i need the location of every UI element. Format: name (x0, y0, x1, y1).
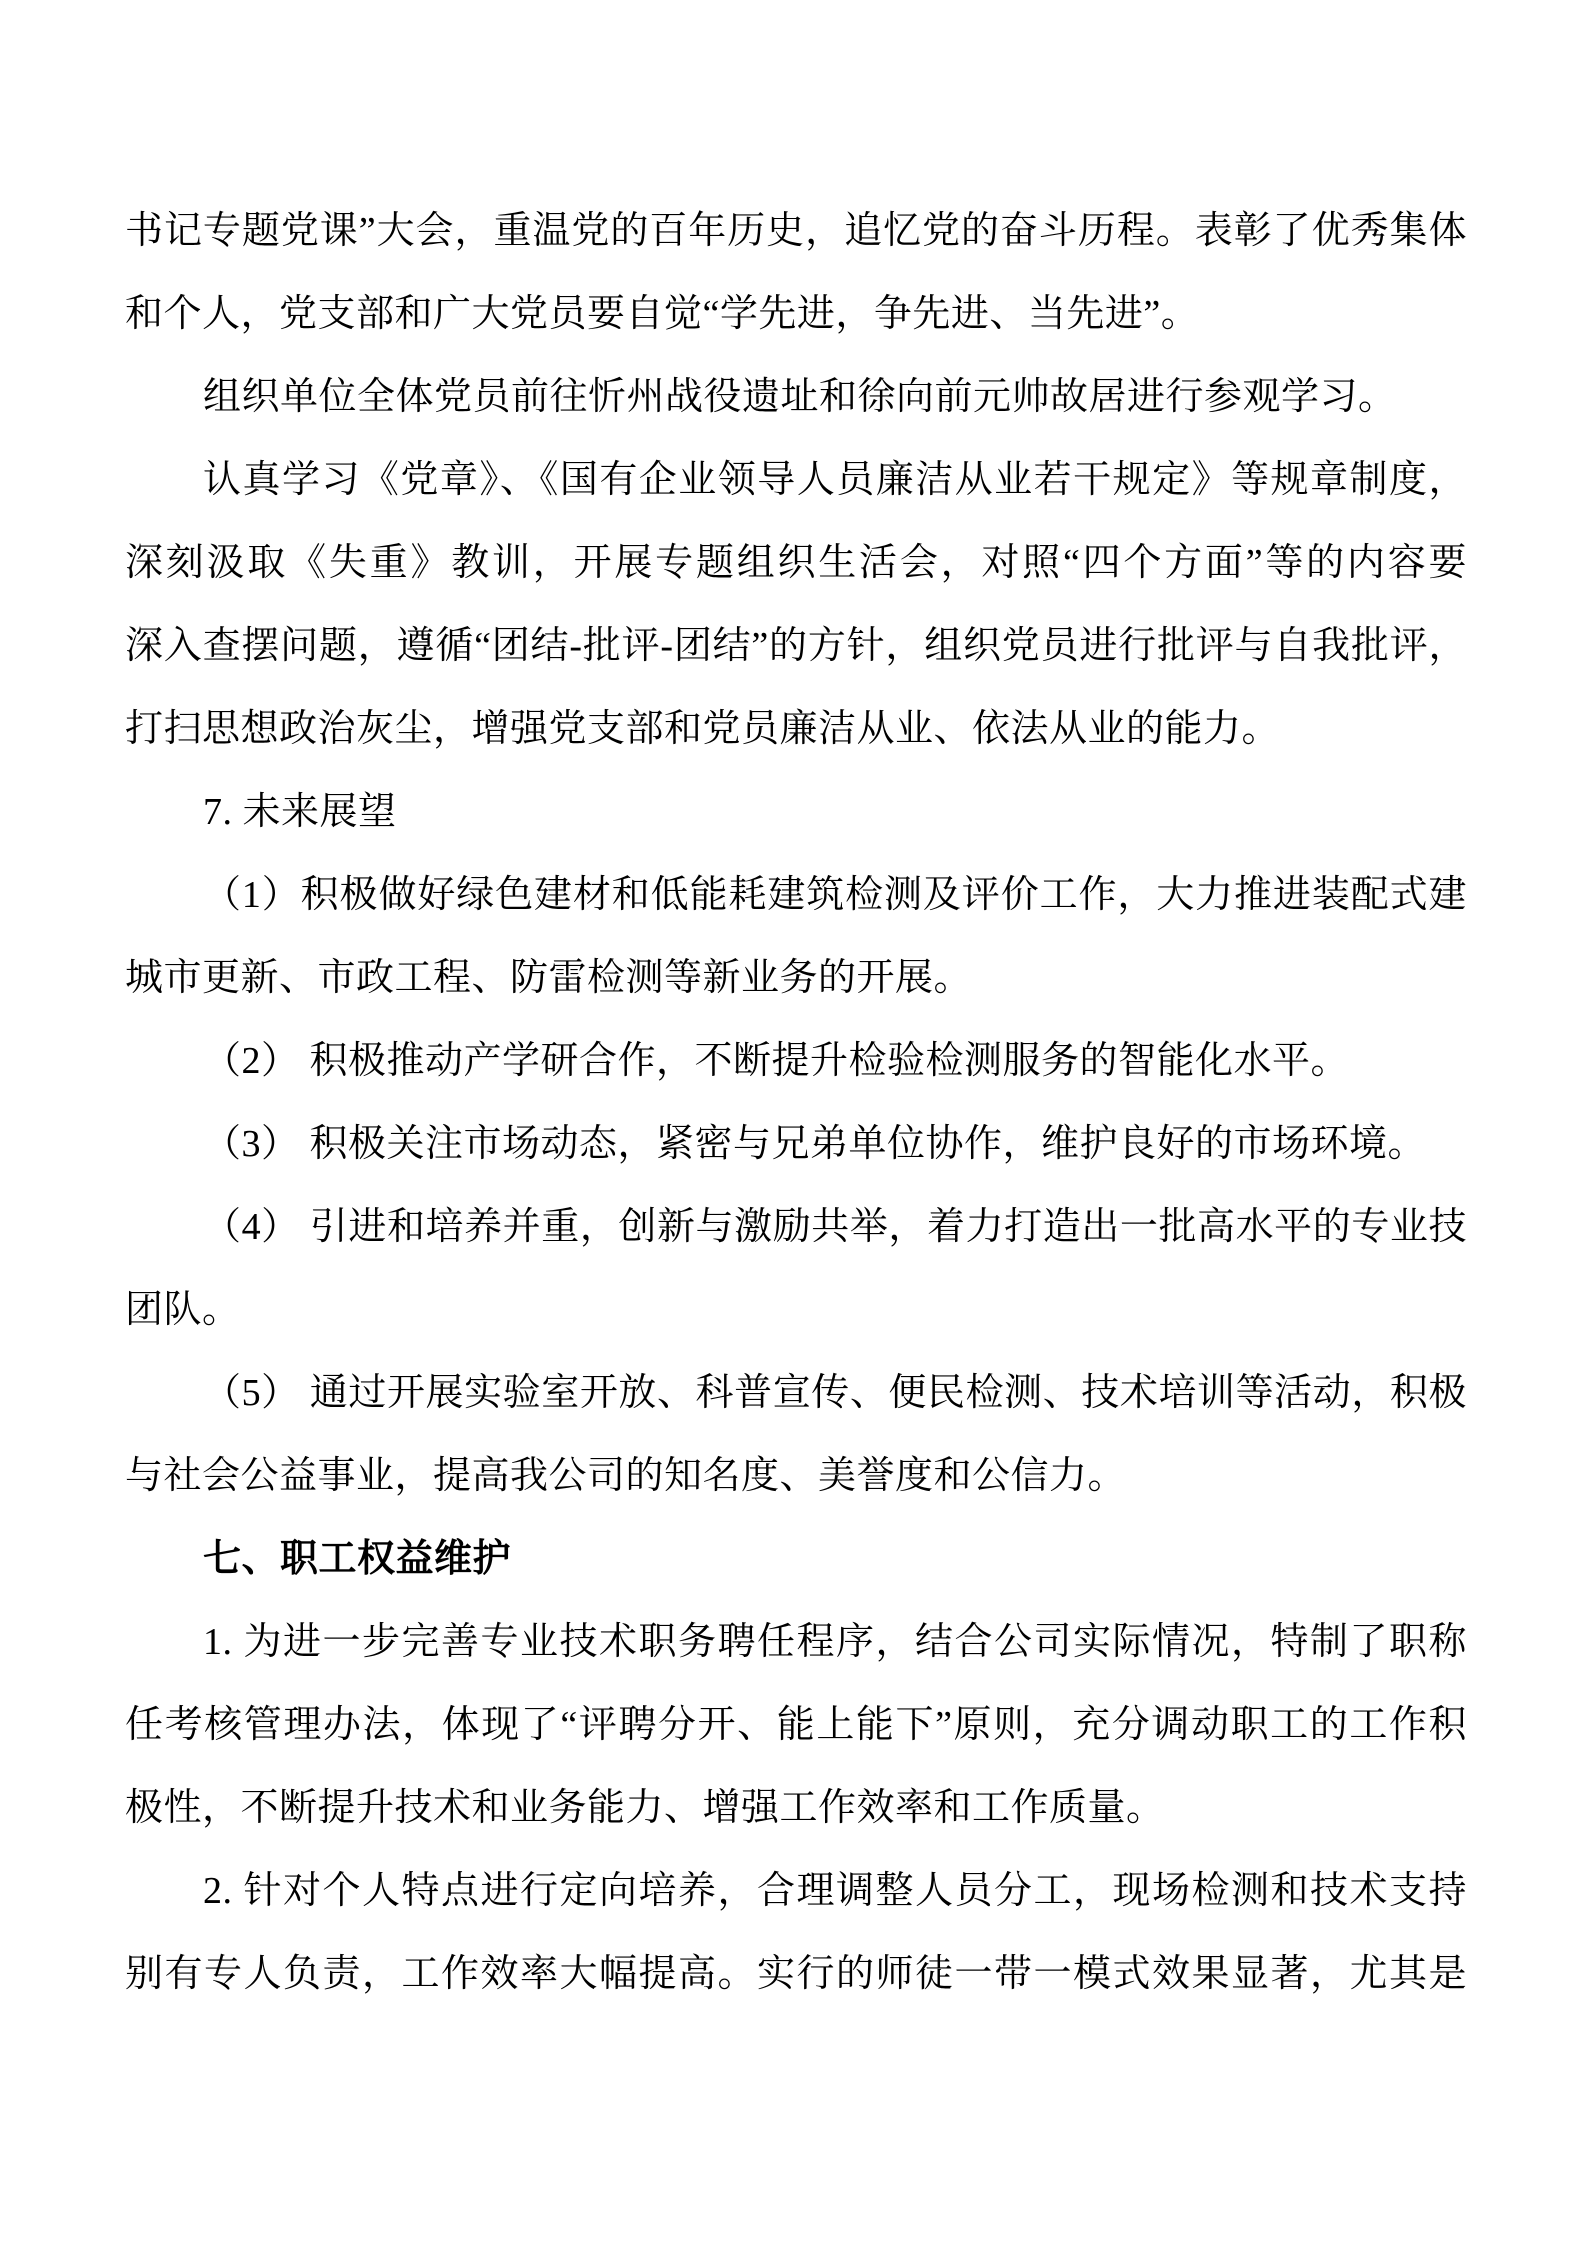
text-line: （3） 积极关注市场动态，紧密与兄弟单位协作，维护良好的市场环境。 (125, 1103, 1467, 1186)
text-line: 任考核管理办法，体现了“评聘分开、能上能下”原则，充分调动职工的工作积 (125, 1684, 1467, 1767)
text-line: 组织单位全体党员前往忻州战役遗址和徐向前元帅故居进行参观学习。 (125, 356, 1467, 439)
text-line: 认真学习《党章》、《国有企业领导人员廉洁从业若干规定》等规章制度， (125, 439, 1467, 522)
text-line: 深刻汲取《失重》教训，开展专题组织生活会，对照“四个方面”等的内容要求， (125, 522, 1467, 605)
text-line: 1. 为进一步完善专业技术职务聘任程序，结合公司实际情况，特制了职称聘 (125, 1601, 1467, 1684)
text-line: 极性，不断提升技术和业务能力、增强工作效率和工作质量。 (125, 1767, 1467, 1850)
text-line: （2） 积极推动产学研合作，不断提升检验检测服务的智能化水平。 (125, 1020, 1467, 1103)
text-line: 2. 针对个人特点进行定向培养，合理调整人员分工，现场检测和技术支持分 (125, 1850, 1467, 1933)
section-heading: 七、职工权益维护 (125, 1518, 1467, 1601)
text-line: 别有专人负责，工作效率大幅提高。实行的师徒一带一模式效果显著，尤其是基 (125, 1933, 1467, 2016)
text-line: 城市更新、市政工程、防雷检测等新业务的开展。 (125, 937, 1467, 1020)
text-line: 深入查摆问题，遵循“团结-批评-团结”的方针，组织党员进行批评与自我批评， (125, 605, 1467, 688)
page-text-area: 书记专题党课”大会，重温党的百年历史，追忆党的奋斗历程。表彰了优秀集体和个人，党… (125, 190, 1467, 2016)
document-page: 书记专题党课”大会，重温党的百年历史，追忆党的奋斗历程。表彰了优秀集体和个人，党… (0, 0, 1587, 2245)
text-line: 书记专题党课”大会，重温党的百年历史，追忆党的奋斗历程。表彰了优秀集体 (125, 190, 1467, 273)
text-line: 团队。 (125, 1269, 1467, 1352)
text-line: （5） 通过开展实验室开放、科普宣传、便民检测、技术培训等活动，积极参 (125, 1352, 1467, 1435)
text-line: （4） 引进和培养并重，创新与激励共举，着力打造出一批高水平的专业技术 (125, 1186, 1467, 1269)
text-line: 7. 未来展望 (125, 771, 1467, 854)
text-line: 打扫思想政治灰尘，增强党支部和党员廉洁从业、依法从业的能力。 (125, 688, 1467, 771)
text-line: （1）积极做好绿色建材和低能耗建筑检测及评价工作，大力推进装配式建筑、 (125, 854, 1467, 937)
text-line: 与社会公益事业，提高我公司的知名度、美誉度和公信力。 (125, 1435, 1467, 1518)
text-line: 和个人，党支部和广大党员要自觉“学先进，争先进、当先进”。 (125, 273, 1467, 356)
